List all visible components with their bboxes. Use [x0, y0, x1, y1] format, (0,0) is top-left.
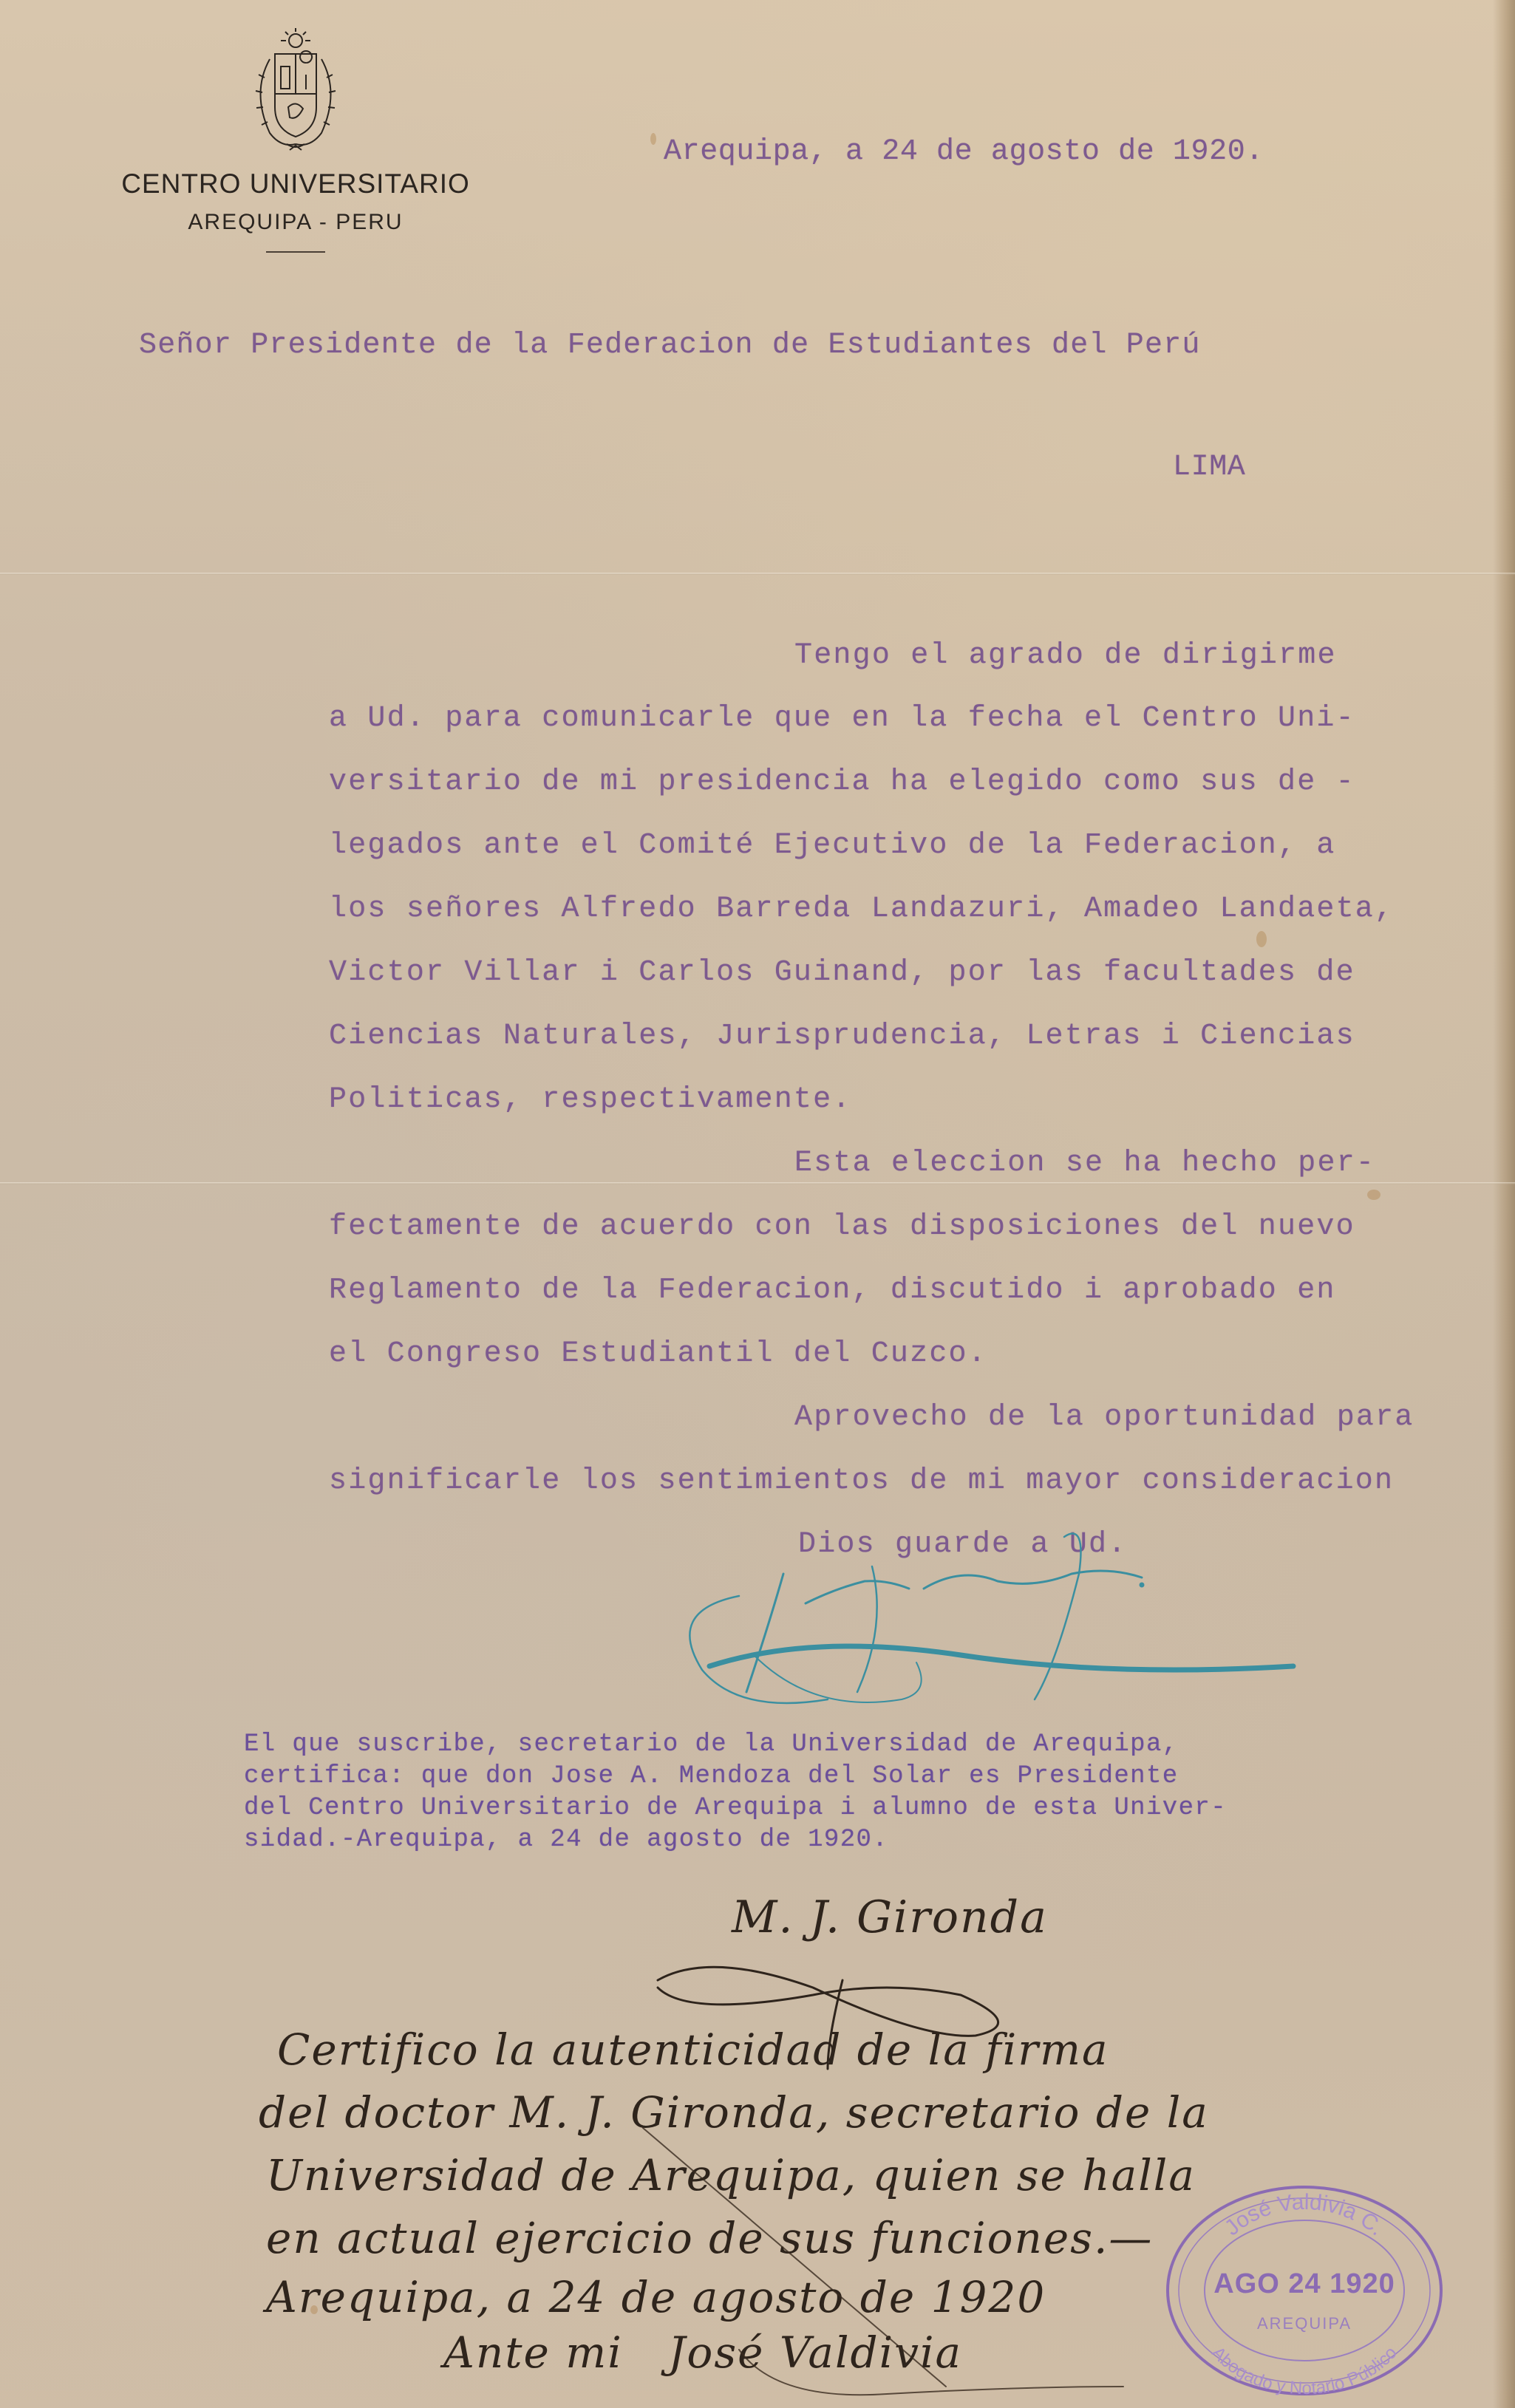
body-line: fectamente de acuerdo con las disposicio…	[329, 1210, 1355, 1244]
peru-coat-of-arms-icon	[229, 26, 362, 155]
letterhead-subtitle: AREQUIPA - PERU	[81, 210, 510, 235]
document-page: CENTRO UNIVERSITARIO AREQUIPA - PERU Are…	[0, 0, 1515, 2408]
body-line: el Congreso Estudiantil del Cuzco.	[329, 1337, 987, 1371]
letterhead-rule	[266, 251, 325, 253]
paper-edge	[1493, 0, 1515, 2408]
body-line: legados ante el Comité Ejecutivo de la F…	[329, 829, 1336, 862]
body-line: a Ud. para comunicarle que en la fecha e…	[329, 702, 1355, 735]
cert-line: certifica: que don Jose A. Mendoza del S…	[244, 1762, 1179, 1790]
paper-stain	[650, 133, 656, 145]
handwritten-line: Universidad de Arequipa, quien se halla	[266, 2150, 1196, 2200]
body-line: versitario de mi presidencia ha elegido …	[329, 765, 1355, 799]
stamp-date: AGO 24 1920	[1157, 2268, 1452, 2300]
handwritten-line: Certifico la autenticidad de la firma	[277, 2025, 1109, 2075]
paper-stain	[1256, 931, 1267, 947]
body-line: Politicas, respectivamente.	[329, 1083, 852, 1116]
paper-fold	[0, 573, 1515, 575]
body-line: Victor Villar i Carlos Guinand, por las …	[329, 956, 1355, 989]
cert-line: El que suscribe, secretario de la Univer…	[244, 1730, 1179, 1759]
body-line: Reglamento de la Federacion, discutido i…	[329, 1274, 1336, 1307]
body-line: Ciencias Naturales, Jurisprudencia, Letr…	[329, 1020, 1355, 1053]
stamp-bottom-text: Abogado y Notario Público	[1208, 2343, 1401, 2398]
svg-text:Abogado y Notario Público: Abogado y Notario Público	[1208, 2343, 1401, 2398]
paper-fold	[0, 1182, 1515, 1184]
body-line: Tengo el agrado de dirigirme	[794, 639, 1337, 672]
addressee-line: Señor Presidente de la Federacion de Est…	[139, 329, 1201, 362]
handwritten-line: Ante mi José Valdivia	[443, 2327, 962, 2378]
handwritten-line: Arequipa, a 24 de agosto de 1920	[266, 2272, 1046, 2322]
body-line: Aprovecho de la oportunidad para	[794, 1401, 1414, 1434]
stamp-city: AREQUIPA	[1157, 2314, 1452, 2333]
notary-stamp: José Valdivia C. Abogado y Notario Públi…	[1157, 2180, 1452, 2401]
date-line: Arequipa, a 24 de agosto de 1920.	[664, 135, 1264, 168]
letterhead-title: CENTRO UNIVERSITARIO	[81, 168, 510, 199]
letterhead: CENTRO UNIVERSITARIO AREQUIPA - PERU	[81, 26, 510, 253]
body-line: los señores Alfredo Barreda Landazuri, A…	[329, 893, 1394, 926]
cert-line: sidad.-Arequipa, a 24 de agosto de 1920.	[244, 1826, 888, 1854]
city-line: LIMA	[1173, 451, 1245, 484]
body-line: Esta eleccion se ha hecho per-	[794, 1147, 1375, 1180]
body-line: significarle los sentimientos de mi mayo…	[329, 1464, 1394, 1498]
certification-typed-block: El que suscribe, secretario de la Univer…	[244, 1729, 1227, 1856]
cert-line: del Centro Universitario de Arequipa i a…	[244, 1794, 1227, 1822]
signature-gironda: M. J. Gironda	[732, 1892, 1048, 1943]
handwritten-line: en actual ejercicio de sus funciones.—	[266, 2213, 1153, 2263]
handwritten-line: del doctor M. J. Gironda, secretario de …	[259, 2087, 1209, 2138]
paper-stain	[1367, 1190, 1380, 1200]
